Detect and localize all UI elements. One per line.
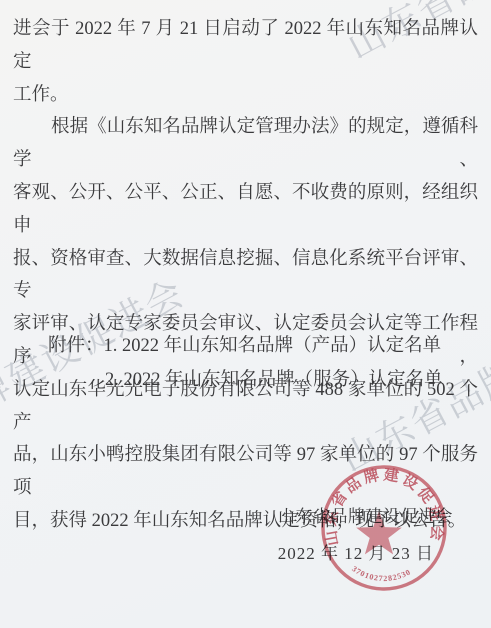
body-text-line: 进会于 2022 年 7 月 21 日启动了 2022 年山东知名品牌认定 xyxy=(13,13,478,79)
signature-organization: 山东省品牌建设促进会 xyxy=(278,502,453,527)
attachment-row: 附件：1. 2022 年山东知名品牌（产品）认定名单 xyxy=(13,330,478,364)
body-text-line: 工作。 xyxy=(13,79,478,112)
attachment-label: 附件： xyxy=(48,336,104,356)
attachment-item: 1. 2022 年山东知名品牌（产品）认定名单 xyxy=(104,336,442,356)
attachment-item: 2. 2022 年山东知名品牌（服务）认定名单 xyxy=(105,370,443,390)
document-page: 山东省品牌建设促进会 山东省品牌建设促进会 山东省品牌建设促进会 进会于 202… xyxy=(0,0,491,628)
body-text-line: 客观、公开、公平、公正、自愿、不收费的原则，经组织申 xyxy=(13,177,478,243)
body-text-line: 报、资格审查、大数据信息挖掘、信息化系统平台评审、专 xyxy=(13,243,478,309)
attachment-block: 附件：1. 2022 年山东知名品牌（产品）认定名单 2. 2022 年山东知名… xyxy=(13,330,478,397)
document-body: 进会于 2022 年 7 月 21 日启动了 2022 年山东知名品牌认定 工作… xyxy=(13,13,478,538)
seal-serial-number: 3701027282530 xyxy=(350,564,412,583)
body-text-line: 品，山东小鸭控股集团有限公司等 97 家单位的 97 个服务项 xyxy=(13,439,478,505)
body-text-line: 根据《山东知名品牌认定管理办法》的规定，遵循科学、 xyxy=(13,111,478,177)
attachment-row: 2. 2022 年山东知名品牌（服务）认定名单 xyxy=(13,364,478,398)
svg-text:3701027282530: 3701027282530 xyxy=(350,564,412,583)
signature-date: 2022 年 12 月 23 日 xyxy=(278,539,434,564)
